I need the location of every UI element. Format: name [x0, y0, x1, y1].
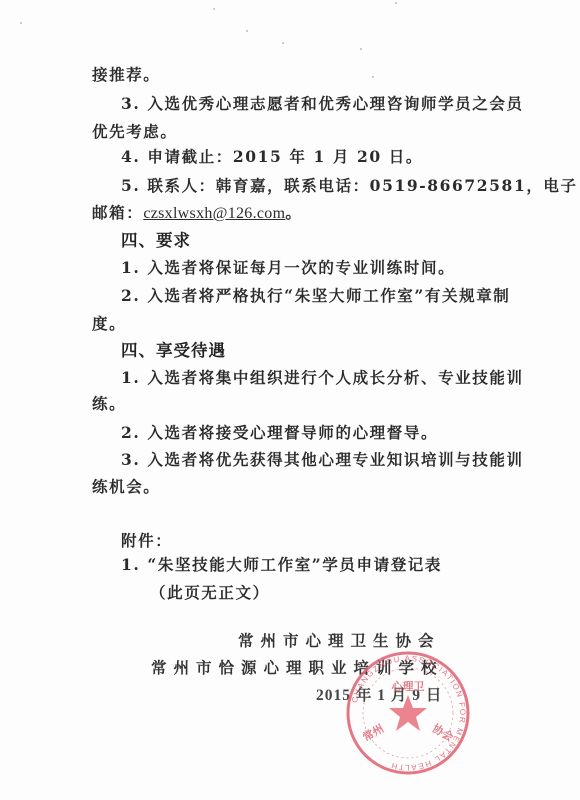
section-heading-requirements: 四、要求: [121, 231, 191, 251]
text-line: 5. 联系人：韩育嘉，联系电话：0519-86672581，电子: [121, 176, 578, 196]
svg-text:常州: 常州: [360, 721, 386, 744]
text-line: 3. 入选者将优先获得其他心理专业知识培训与技能训: [121, 450, 524, 470]
scan-speck: [372, 76, 374, 78]
scan-speck: [213, 8, 215, 10]
text-line: 4. 申请截止：2015 年 1 月 20 日。: [121, 147, 423, 167]
text-line: 练机会。: [92, 477, 160, 497]
scan-speck: [282, 42, 284, 44]
text-line: 度。: [92, 314, 126, 334]
scan-speck: [360, 48, 362, 50]
email-suffix: 。: [285, 203, 302, 222]
document-page: 接推荐。 3. 入选优秀心理志愿者和优秀心理咨询师学员之会员 优先考虑。 4. …: [0, 0, 580, 800]
official-seal-icon: CHANGZHOU ASSOCIATION FOR MENTAL HEALTH …: [343, 648, 473, 778]
email-label: 邮箱：: [92, 203, 143, 222]
text-line: 接推荐。: [92, 65, 160, 85]
text-line: 1. 入选者将保证每月一次的专业训练时间。: [121, 258, 455, 278]
attachment-item: 1. “朱坚技能大师工作室”学员申请登记表: [121, 555, 442, 575]
svg-text:心理卫: 心理卫: [392, 679, 425, 693]
text-line: 练。: [92, 394, 126, 414]
text-line: 2. 入选者将严格执行“朱坚大师工作室”有关规章制: [121, 286, 510, 306]
attachment-note: （此页无正文）: [150, 583, 270, 603]
scan-speck: [395, 2, 397, 4]
email-line: 邮箱：czsxlwsxh@126.com。: [92, 203, 302, 224]
email-link[interactable]: czsxlwsxh@126.com: [143, 205, 285, 222]
text-line: 优先考虑。: [92, 122, 178, 142]
text-line: 1. 入选者将集中组织进行个人成长分析、专业技能训: [121, 368, 524, 388]
text-line: 2. 入选者将接受心理督导师的心理督导。: [121, 423, 438, 443]
scan-speck: [20, 22, 22, 24]
scan-speck: [246, 30, 248, 32]
section-heading-benefits: 四、享受待遇: [121, 341, 226, 361]
attachments-label: 附件：: [121, 531, 172, 551]
text-line: 3. 入选优秀心理志愿者和优秀心理咨询师学员之会员: [121, 94, 524, 114]
